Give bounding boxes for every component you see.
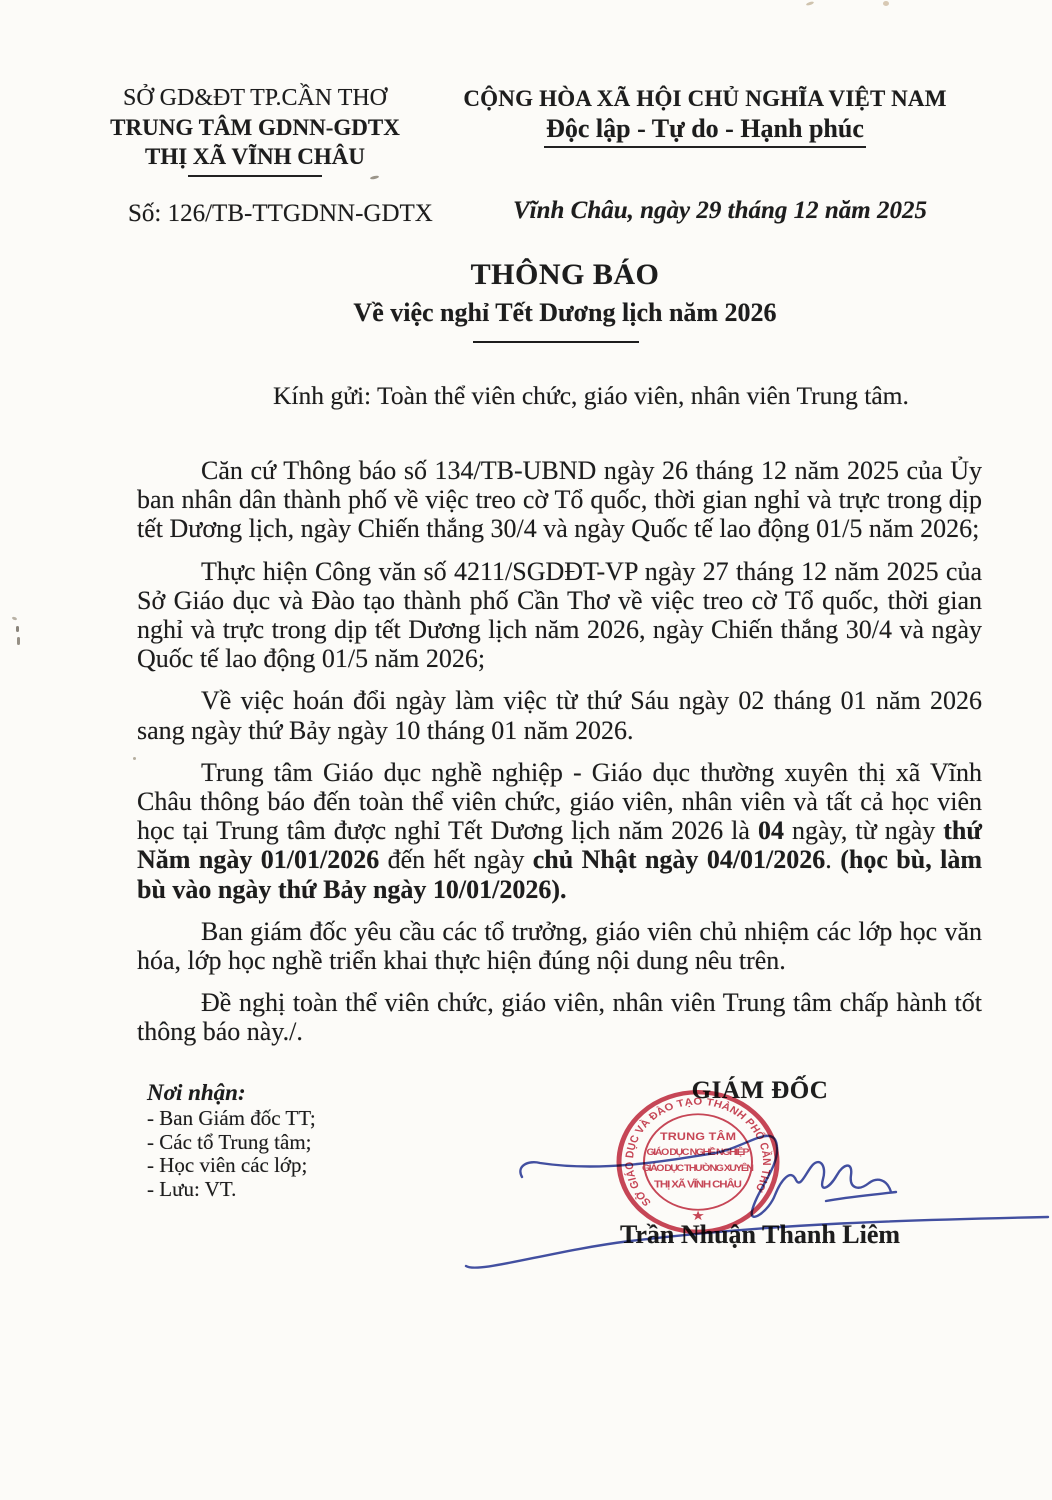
scan-speck: [370, 175, 379, 180]
document-number: Số: 126/TB-TTGDNN-GDTX: [128, 200, 433, 228]
document-title: THÔNG BÁO: [150, 258, 980, 292]
place-and-date: Vĩnh Châu, ngày 29 tháng 12 năm 2025: [445, 197, 995, 225]
document-title-block: THÔNG BÁO Về việc nghỉ Tết Dương lịch nă…: [150, 258, 980, 328]
parent-agency-name: SỞ GD&ĐT TP.CẦN THƠ: [100, 84, 410, 113]
recipient-item: - Học viên các lớp;: [147, 1154, 316, 1177]
scanned-document-page: { "header": { "left": { "line1": "SỞ GD&…: [0, 0, 1052, 1500]
national-header: CỘNG HÒA XÃ HỘI CHỦ NGHĨA VIỆT NAM Độc l…: [430, 84, 980, 148]
signature-strokes: [466, 1136, 1048, 1268]
document-body: Căn cứ Thông báo số 134/TB-UBND ngày 26 …: [137, 456, 982, 1060]
country-title: CỘNG HÒA XÃ HỘI CHỦ NGHĨA VIỆT NAM: [430, 84, 980, 114]
recipient-item: - Các tổ Trung tâm;: [147, 1131, 316, 1154]
paragraph-compliance: Đề nghị toàn thể viên chức, giáo viên, n…: [137, 988, 982, 1046]
recipient-item: - Ban Giám đốc TT;: [147, 1107, 316, 1130]
scan-speck: [12, 616, 18, 621]
paragraph-legal-basis-1: Căn cứ Thông báo số 134/TB-UBND ngày 26 …: [137, 456, 982, 544]
signature-main-stroke: [520, 1136, 891, 1217]
salutation-line: Kính gửi: Toàn thể viên chức, giáo viên,…: [273, 381, 909, 411]
letterhead-issuing-org: SỞ GD&ĐT TP.CẦN THƠ TRUNG TÂM GDNN-GDTX …: [100, 84, 410, 177]
paragraph-workday-swap: Về việc hoán đổi ngày làm việc từ thứ Sá…: [137, 686, 982, 744]
paragraph-holiday-announcement: Trung tâm Giáo dục nghề nghiệp - Giáo dụ…: [137, 758, 982, 904]
letterhead-rule: [188, 175, 322, 177]
document-subtitle: Về việc nghỉ Tết Dương lịch năm 2026: [150, 298, 980, 328]
national-motto: Độc lập - Tự do - Hạnh phúc: [544, 114, 866, 148]
recipient-item: - Lưu: VT.: [147, 1178, 316, 1201]
scan-speck: [883, 1, 889, 6]
scan-speck: [16, 626, 19, 632]
paragraph-implementation: Ban giám đốc yêu cầu các tổ trưởng, giáo…: [137, 917, 982, 975]
recipients-block: Nơi nhận: - Ban Giám đốc TT; - Các tổ Tr…: [147, 1081, 316, 1201]
scan-speck: [806, 1, 815, 6]
motto-wrap: Độc lập - Tự do - Hạnh phúc: [430, 114, 980, 148]
signature-flourish-line: [466, 1217, 1048, 1268]
org-name: TRUNG TÂM GDNN-GDTX: [100, 113, 410, 142]
paragraph-legal-basis-2: Thực hiện Công văn số 4211/SGDĐT-VP ngày…: [137, 557, 982, 674]
scan-speck: [133, 757, 136, 760]
title-underline-rule: [473, 341, 639, 343]
org-locality: THỊ XÃ VĨNH CHÂU: [100, 142, 410, 171]
recipients-title: Nơi nhận:: [147, 1081, 316, 1104]
scan-speck: [17, 637, 20, 645]
signature-underline-stroke: [826, 1192, 896, 1201]
handwritten-signature: [430, 1095, 1052, 1285]
